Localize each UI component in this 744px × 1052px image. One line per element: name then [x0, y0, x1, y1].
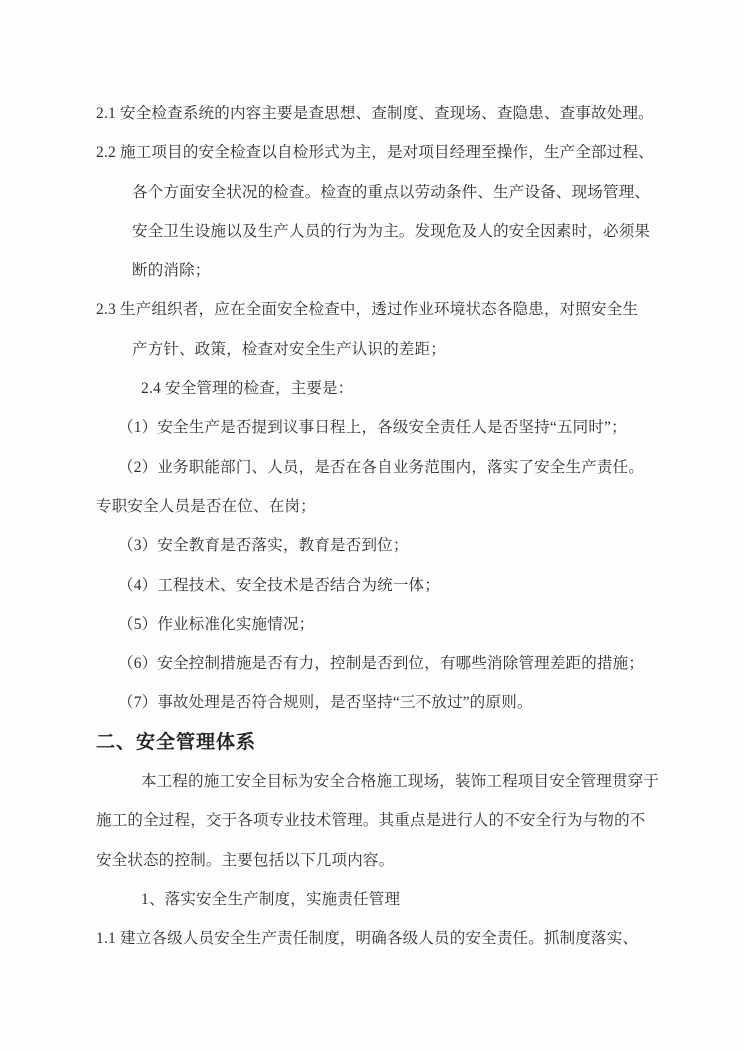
text-line: （3）安全教育是否落实，教育是否到位； — [96, 526, 704, 565]
text-line: （5）作业标准化实施情况； — [96, 605, 704, 644]
document-page: 2.1 安全检查系统的内容主要是查思想、查制度、查现场、查隐患、查事故处理。2.… — [0, 0, 744, 1052]
text-line: 2.2 施工项目的安全检查以自检形式为主，是对项目经理至操作，生产全部过程、 — [96, 133, 704, 172]
text-line: （2）业务职能部门、人员，是否在各自业务范围内，落实了安全生产责任。 — [96, 448, 704, 487]
text-line: 2.1 安全检查系统的内容主要是查思想、查制度、查现场、查隐患、查事故处理。 — [96, 94, 704, 133]
text-line: （6）安全控制措施是否有力，控制是否到位，有哪些消除管理差距的措施； — [96, 644, 704, 683]
text-line: 施工的全过程，交于各项专业技术管理。其重点是进行人的不安全行为与物的不 — [96, 801, 704, 840]
text-line: 2.3 生产组织者，应在全面安全检查中，透过作业环境状态各隐患，对照安全生 — [96, 290, 704, 329]
text-line: （4）工程技术、安全技术是否结合为统一体； — [96, 566, 704, 605]
text-line: 产方针、政策，检查对安全生产认识的差距； — [96, 330, 704, 369]
text-line: 安全卫生设施以及生产人员的行为为主。发现危及人的安全因素时，必须果 — [96, 212, 704, 251]
section-heading: 二、安全管理体系 — [96, 723, 704, 762]
text-line: 专职安全人员是否在位、在岗； — [96, 487, 704, 526]
document-body: 2.1 安全检查系统的内容主要是查思想、查制度、查现场、查隐患、查事故处理。2.… — [96, 94, 704, 959]
text-line: 本工程的施工安全目标为安全合格施工现场，装饰工程项目安全管理贯穿于 — [96, 762, 704, 801]
text-line: 断的消除； — [96, 251, 704, 290]
text-line: （7）事故处理是否符合规则，是否坚持“三不放过”的原则。 — [96, 683, 704, 722]
text-line: 安全状态的控制。主要包括以下几项内容。 — [96, 841, 704, 880]
text-line: 各个方面安全状况的检查。检查的重点以劳动条件、生产设备、现场管理、 — [96, 173, 704, 212]
text-line: 1.1 建立各级人员安全生产责任制度，明确各级人员的安全责任。抓制度落实、 — [96, 919, 704, 958]
text-line: 2.4 安全管理的检查，主要是： — [96, 369, 704, 408]
text-line: 1、落实安全生产制度，实施责任管理 — [96, 880, 704, 919]
text-line: （1）安全生产是否提到议事日程上，各级安全责任人是否坚持“五同时”； — [96, 408, 704, 447]
